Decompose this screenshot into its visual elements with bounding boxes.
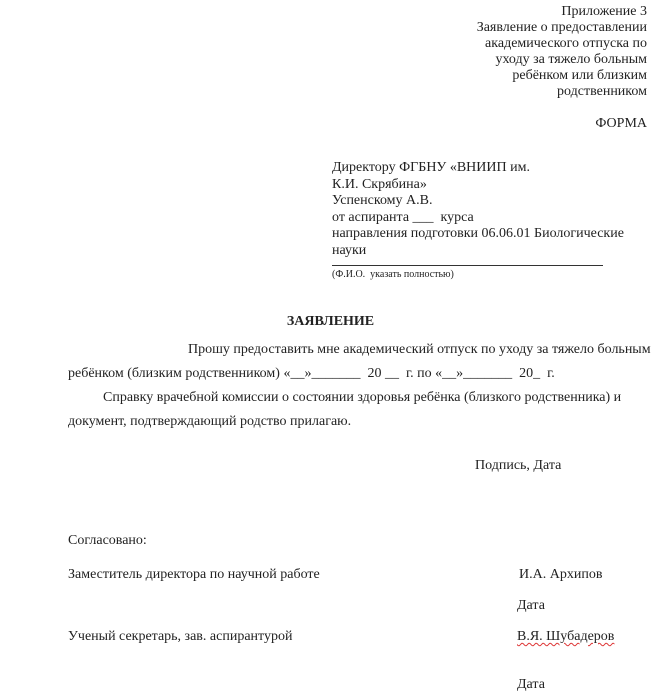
addressee-line: Директору ФГБНУ «ВНИИП им. [332,160,624,177]
body-paragraph-1-line-2: ребёнком (близким родственником) «__»___… [68,366,555,382]
addressee-line: Успенскому А.В. [332,193,624,210]
approver-name: И.А. Архипов [519,567,602,583]
appendix-number: Приложение 3 [477,4,647,20]
fio-hint: (Ф.И.О. указать полностью) [332,269,454,280]
approver-date-label: Дата [517,598,545,614]
body-paragraph-2-line-2: документ, подтверждающий родство прилага… [68,414,351,430]
signature-date-label: Подпись, Дата [475,458,561,474]
caption-line: академического отпуска по [477,36,647,52]
fio-signature-line [332,265,603,266]
addressee-block: Директору ФГБНУ «ВНИИП им. К.И. Скрябина… [332,160,624,260]
document-title: ЗАЯВЛЕНИЕ [0,314,661,330]
caption-line: Заявление о предоставлении [477,20,647,36]
appendix-header: Приложение 3 Заявление о предоставлении … [477,4,647,132]
caption-line: родственником [477,84,647,100]
approver-name: В.Я. Шубадеров [517,629,614,645]
addressee-line: К.И. Скрябина» [332,177,624,194]
caption-line: ребёнком или близким [477,68,647,84]
approver-position: Заместитель директора по научной работе [68,567,320,583]
approver-name-text: В.Я. Шубадеров [517,629,614,644]
addressee-line: науки [332,243,624,260]
caption-line: уходу за тяжело больным [477,52,647,68]
body-paragraph-2-line-1: Справку врачебной комиссии о состоянии з… [103,390,621,406]
approver-position: Ученый секретарь, зав. аспирантурой [68,629,292,645]
form-label: ФОРМА [477,116,647,132]
body-paragraph-1-line-1: Прошу предоставить мне академический отп… [188,342,651,358]
addressee-line: направления подготовки 06.06.01 Биологич… [332,226,624,243]
approver-date-label: Дата [517,677,545,693]
addressee-line: от аспиранта ___ курса [332,210,624,227]
approval-label: Согласовано: [68,533,147,549]
